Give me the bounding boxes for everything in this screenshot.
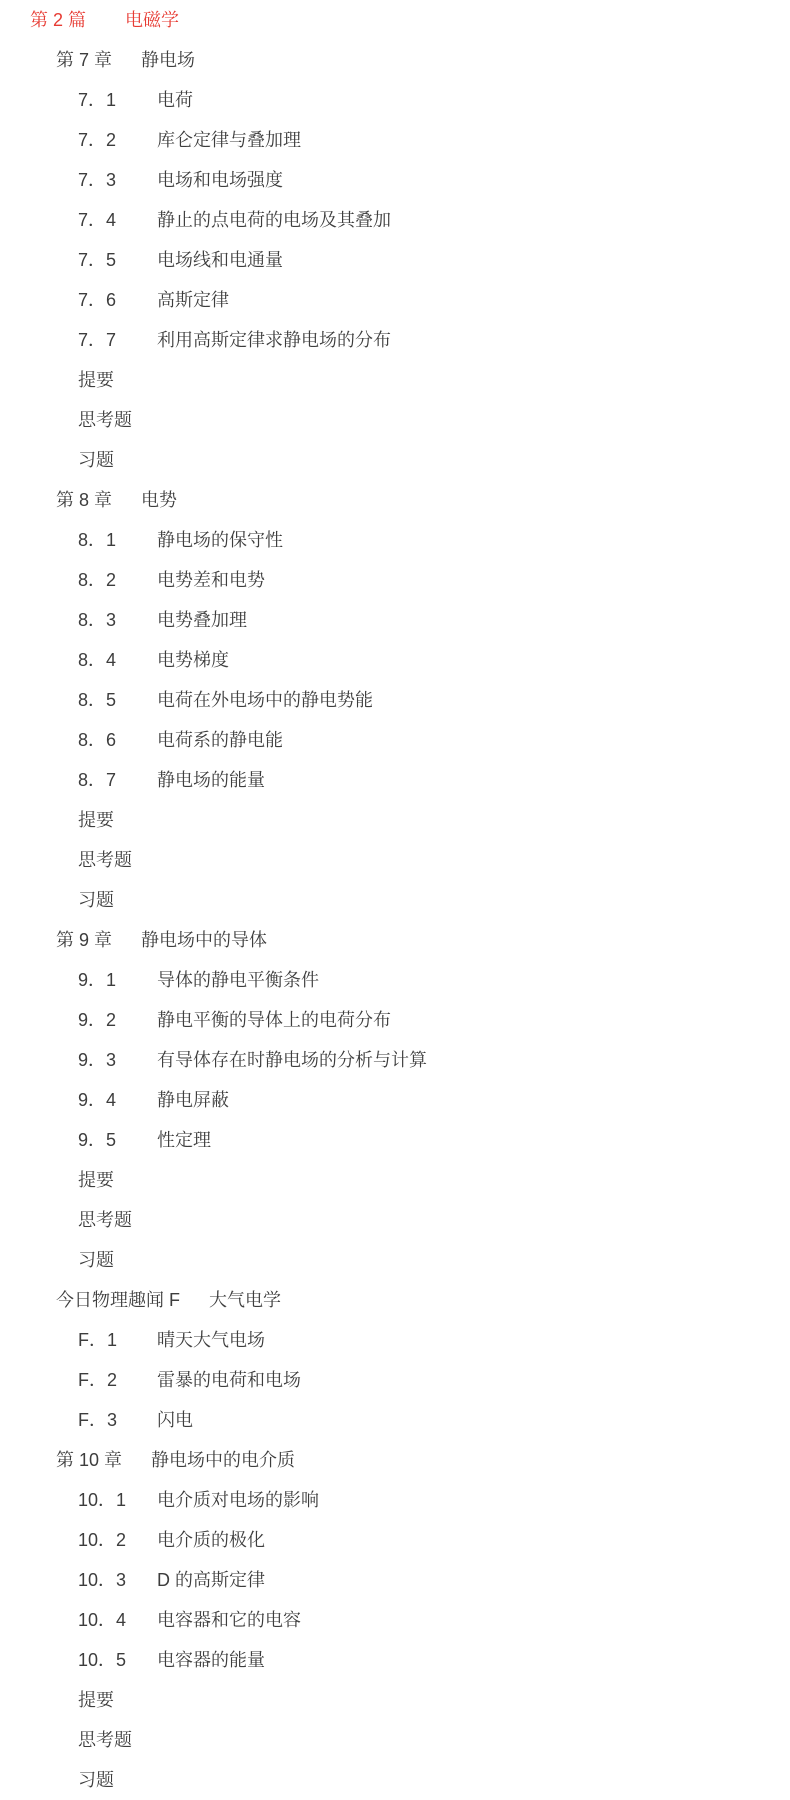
toc-entry-section: 7．6 高斯定律 <box>0 280 790 320</box>
entry-number: 7．2 <box>78 120 128 160</box>
entry-title: 静电场 <box>141 40 195 80</box>
toc-entry-plain: 习题 <box>0 440 790 480</box>
toc-entry-section: 7．5 电场线和电通量 <box>0 240 790 280</box>
toc-entry-section: 9．1 导体的静电平衡条件 <box>0 960 790 1000</box>
table-of-contents: 第 2 篇 电磁学 第 7 章 静电场 7．1 电荷 7．2 库仑定律与叠加理 … <box>0 0 790 1800</box>
entry-title: 思考题 <box>78 1200 132 1240</box>
entry-number: 7．5 <box>78 240 128 280</box>
entry-title: 雷暴的电荷和电场 <box>157 1360 301 1400</box>
entry-title: 静止的点电荷的电场及其叠加 <box>157 200 391 240</box>
entry-number: 10．1 <box>78 1480 128 1520</box>
entry-title: 提要 <box>78 360 114 400</box>
toc-entry-section: 8．5 电荷在外电场中的静电势能 <box>0 680 790 720</box>
toc-entry-section: 8．1 静电场的保守性 <box>0 520 790 560</box>
entry-title: 习题 <box>78 1760 114 1800</box>
entry-title: 高斯定律 <box>157 280 229 320</box>
entry-number: 10．5 <box>78 1640 128 1680</box>
entry-number: 第 7 章 <box>56 40 112 80</box>
toc-entry-plain: 提要 <box>0 800 790 840</box>
entry-title: 静电场的保守性 <box>157 520 283 560</box>
entry-number: 7．1 <box>78 80 128 120</box>
toc-entry-plain: 思考题 <box>0 400 790 440</box>
entry-number: 8．3 <box>78 600 128 640</box>
toc-entry-chapter: 第 10 章 静电场中的电介质 <box>0 1440 790 1480</box>
entry-number: F．2 <box>78 1360 128 1400</box>
entry-number: 7．7 <box>78 320 128 360</box>
entry-title: 电介质对电场的影响 <box>157 1480 319 1520</box>
toc-entry-plain: 提要 <box>0 360 790 400</box>
entry-number: 9．2 <box>78 1000 128 1040</box>
toc-entry-section: 10．4 电容器和它的电容 <box>0 1600 790 1640</box>
toc-entry-section: 9．4 静电屏蔽 <box>0 1080 790 1120</box>
entry-number: 8．5 <box>78 680 128 720</box>
entry-number: 10．2 <box>78 1520 128 1560</box>
toc-entry-section: 9．3 有导体存在时静电场的分析与计算 <box>0 1040 790 1080</box>
entry-title: 思考题 <box>78 400 132 440</box>
toc-entry-plain: 习题 <box>0 880 790 920</box>
entry-number: 8．4 <box>78 640 128 680</box>
toc-entry-chapter: 第 8 章 电势 <box>0 480 790 520</box>
toc-entry-section: 10．5 电容器的能量 <box>0 1640 790 1680</box>
entry-number: 9．3 <box>78 1040 128 1080</box>
entry-number: F．3 <box>78 1400 128 1440</box>
toc-entry-section: F．1 晴天大气电场 <box>0 1320 790 1360</box>
entry-title: 习题 <box>78 1240 114 1280</box>
toc-entry-plain: 习题 <box>0 1760 790 1800</box>
entry-title: 习题 <box>78 440 114 480</box>
toc-entry-section: 9．5 性定理 <box>0 1120 790 1160</box>
entry-number: 第 2 篇 <box>30 0 86 40</box>
entry-title: 电势 <box>141 480 177 520</box>
toc-entry-section: 8．7 静电场的能量 <box>0 760 790 800</box>
toc-entry-section: 10．1 电介质对电场的影响 <box>0 1480 790 1520</box>
entry-title: 电磁学 <box>125 0 179 40</box>
entry-number: 7．4 <box>78 200 128 240</box>
entry-title: 电容器和它的电容 <box>157 1600 301 1640</box>
toc-entry-chapter: 第 9 章 静电场中的导体 <box>0 920 790 960</box>
entry-number: 8．6 <box>78 720 128 760</box>
toc-entry-section: 8．3 电势叠加理 <box>0 600 790 640</box>
entry-number: 10．4 <box>78 1600 128 1640</box>
entry-title: 电荷在外电场中的静电势能 <box>157 680 373 720</box>
entry-title: 电场和电场强度 <box>157 160 283 200</box>
toc-entry-chapter: 第 7 章 静电场 <box>0 40 790 80</box>
toc-entry-section: 7．4 静止的点电荷的电场及其叠加 <box>0 200 790 240</box>
entry-title: 电势梯度 <box>157 640 229 680</box>
entry-title: 有导体存在时静电场的分析与计算 <box>157 1040 427 1080</box>
entry-title: 电势叠加理 <box>157 600 247 640</box>
toc-entry-plain: 思考题 <box>0 1720 790 1760</box>
entry-title: 电场线和电通量 <box>157 240 283 280</box>
entry-title: 电荷系的静电能 <box>157 720 283 760</box>
entry-number: 第 8 章 <box>56 480 112 520</box>
toc-entry-plain: 提要 <box>0 1680 790 1720</box>
toc-entry-section: 9．2 静电平衡的导体上的电荷分布 <box>0 1000 790 1040</box>
toc-entry-chapter: 今日物理趣闻 F 大气电学 <box>0 1280 790 1320</box>
entry-number: 9．4 <box>78 1080 128 1120</box>
entry-title: 习题 <box>78 880 114 920</box>
toc-entry-section: 8．6 电荷系的静电能 <box>0 720 790 760</box>
entry-title: 静电屏蔽 <box>157 1080 229 1120</box>
toc-entry-plain: 思考题 <box>0 840 790 880</box>
toc-entry-part: 第 2 篇 电磁学 <box>0 0 790 40</box>
entry-title: 思考题 <box>78 1720 132 1760</box>
entry-title: 提要 <box>78 1160 114 1200</box>
entry-title: 电介质的极化 <box>157 1520 265 1560</box>
toc-entry-section: 10．3 D 的高斯定律 <box>0 1560 790 1600</box>
toc-entry-plain: 提要 <box>0 1160 790 1200</box>
entry-number: 10．3 <box>78 1560 128 1600</box>
entry-title: 提要 <box>78 1680 114 1720</box>
entry-title: 电势差和电势 <box>157 560 265 600</box>
entry-title: 导体的静电平衡条件 <box>157 960 319 1000</box>
entry-title: 静电平衡的导体上的电荷分布 <box>157 1000 391 1040</box>
entry-title: 静电场中的导体 <box>141 920 267 960</box>
entry-number: 9．5 <box>78 1120 128 1160</box>
toc-entry-section: F．2 雷暴的电荷和电场 <box>0 1360 790 1400</box>
entry-number: 7．3 <box>78 160 128 200</box>
entry-title: 大气电学 <box>209 1280 281 1320</box>
entry-number: 7．6 <box>78 280 128 320</box>
toc-entry-section: 8．4 电势梯度 <box>0 640 790 680</box>
entry-title: 利用高斯定律求静电场的分布 <box>157 320 391 360</box>
toc-entry-section: 7．3 电场和电场强度 <box>0 160 790 200</box>
entry-number: 第 9 章 <box>56 920 112 960</box>
entry-number: F．1 <box>78 1320 128 1360</box>
entry-title: 提要 <box>78 800 114 840</box>
entry-number: 8．7 <box>78 760 128 800</box>
toc-entry-section: 7．1 电荷 <box>0 80 790 120</box>
entry-title: 静电场中的电介质 <box>151 1440 295 1480</box>
toc-entry-section: F．3 闪电 <box>0 1400 790 1440</box>
entry-title: 电荷 <box>157 80 193 120</box>
entry-title: 闪电 <box>157 1400 193 1440</box>
toc-entry-section: 8．2 电势差和电势 <box>0 560 790 600</box>
toc-entry-section: 7．7 利用高斯定律求静电场的分布 <box>0 320 790 360</box>
entry-number: 8．2 <box>78 560 128 600</box>
entry-number: 8．1 <box>78 520 128 560</box>
entry-title: 思考题 <box>78 840 132 880</box>
entry-title: 库仑定律与叠加理 <box>157 120 301 160</box>
entry-number: 9．1 <box>78 960 128 1000</box>
entry-title: 电容器的能量 <box>157 1640 265 1680</box>
toc-entry-section: 7．2 库仑定律与叠加理 <box>0 120 790 160</box>
entry-title: 静电场的能量 <box>157 760 265 800</box>
entry-title: 晴天大气电场 <box>157 1320 265 1360</box>
toc-entry-section: 10．2 电介质的极化 <box>0 1520 790 1560</box>
toc-entry-plain: 思考题 <box>0 1200 790 1240</box>
entry-title: 性定理 <box>157 1120 211 1160</box>
entry-number: 今日物理趣闻 F <box>56 1280 180 1320</box>
entry-title: D 的高斯定律 <box>157 1560 265 1600</box>
toc-entry-plain: 习题 <box>0 1240 790 1280</box>
entry-number: 第 10 章 <box>56 1440 122 1480</box>
